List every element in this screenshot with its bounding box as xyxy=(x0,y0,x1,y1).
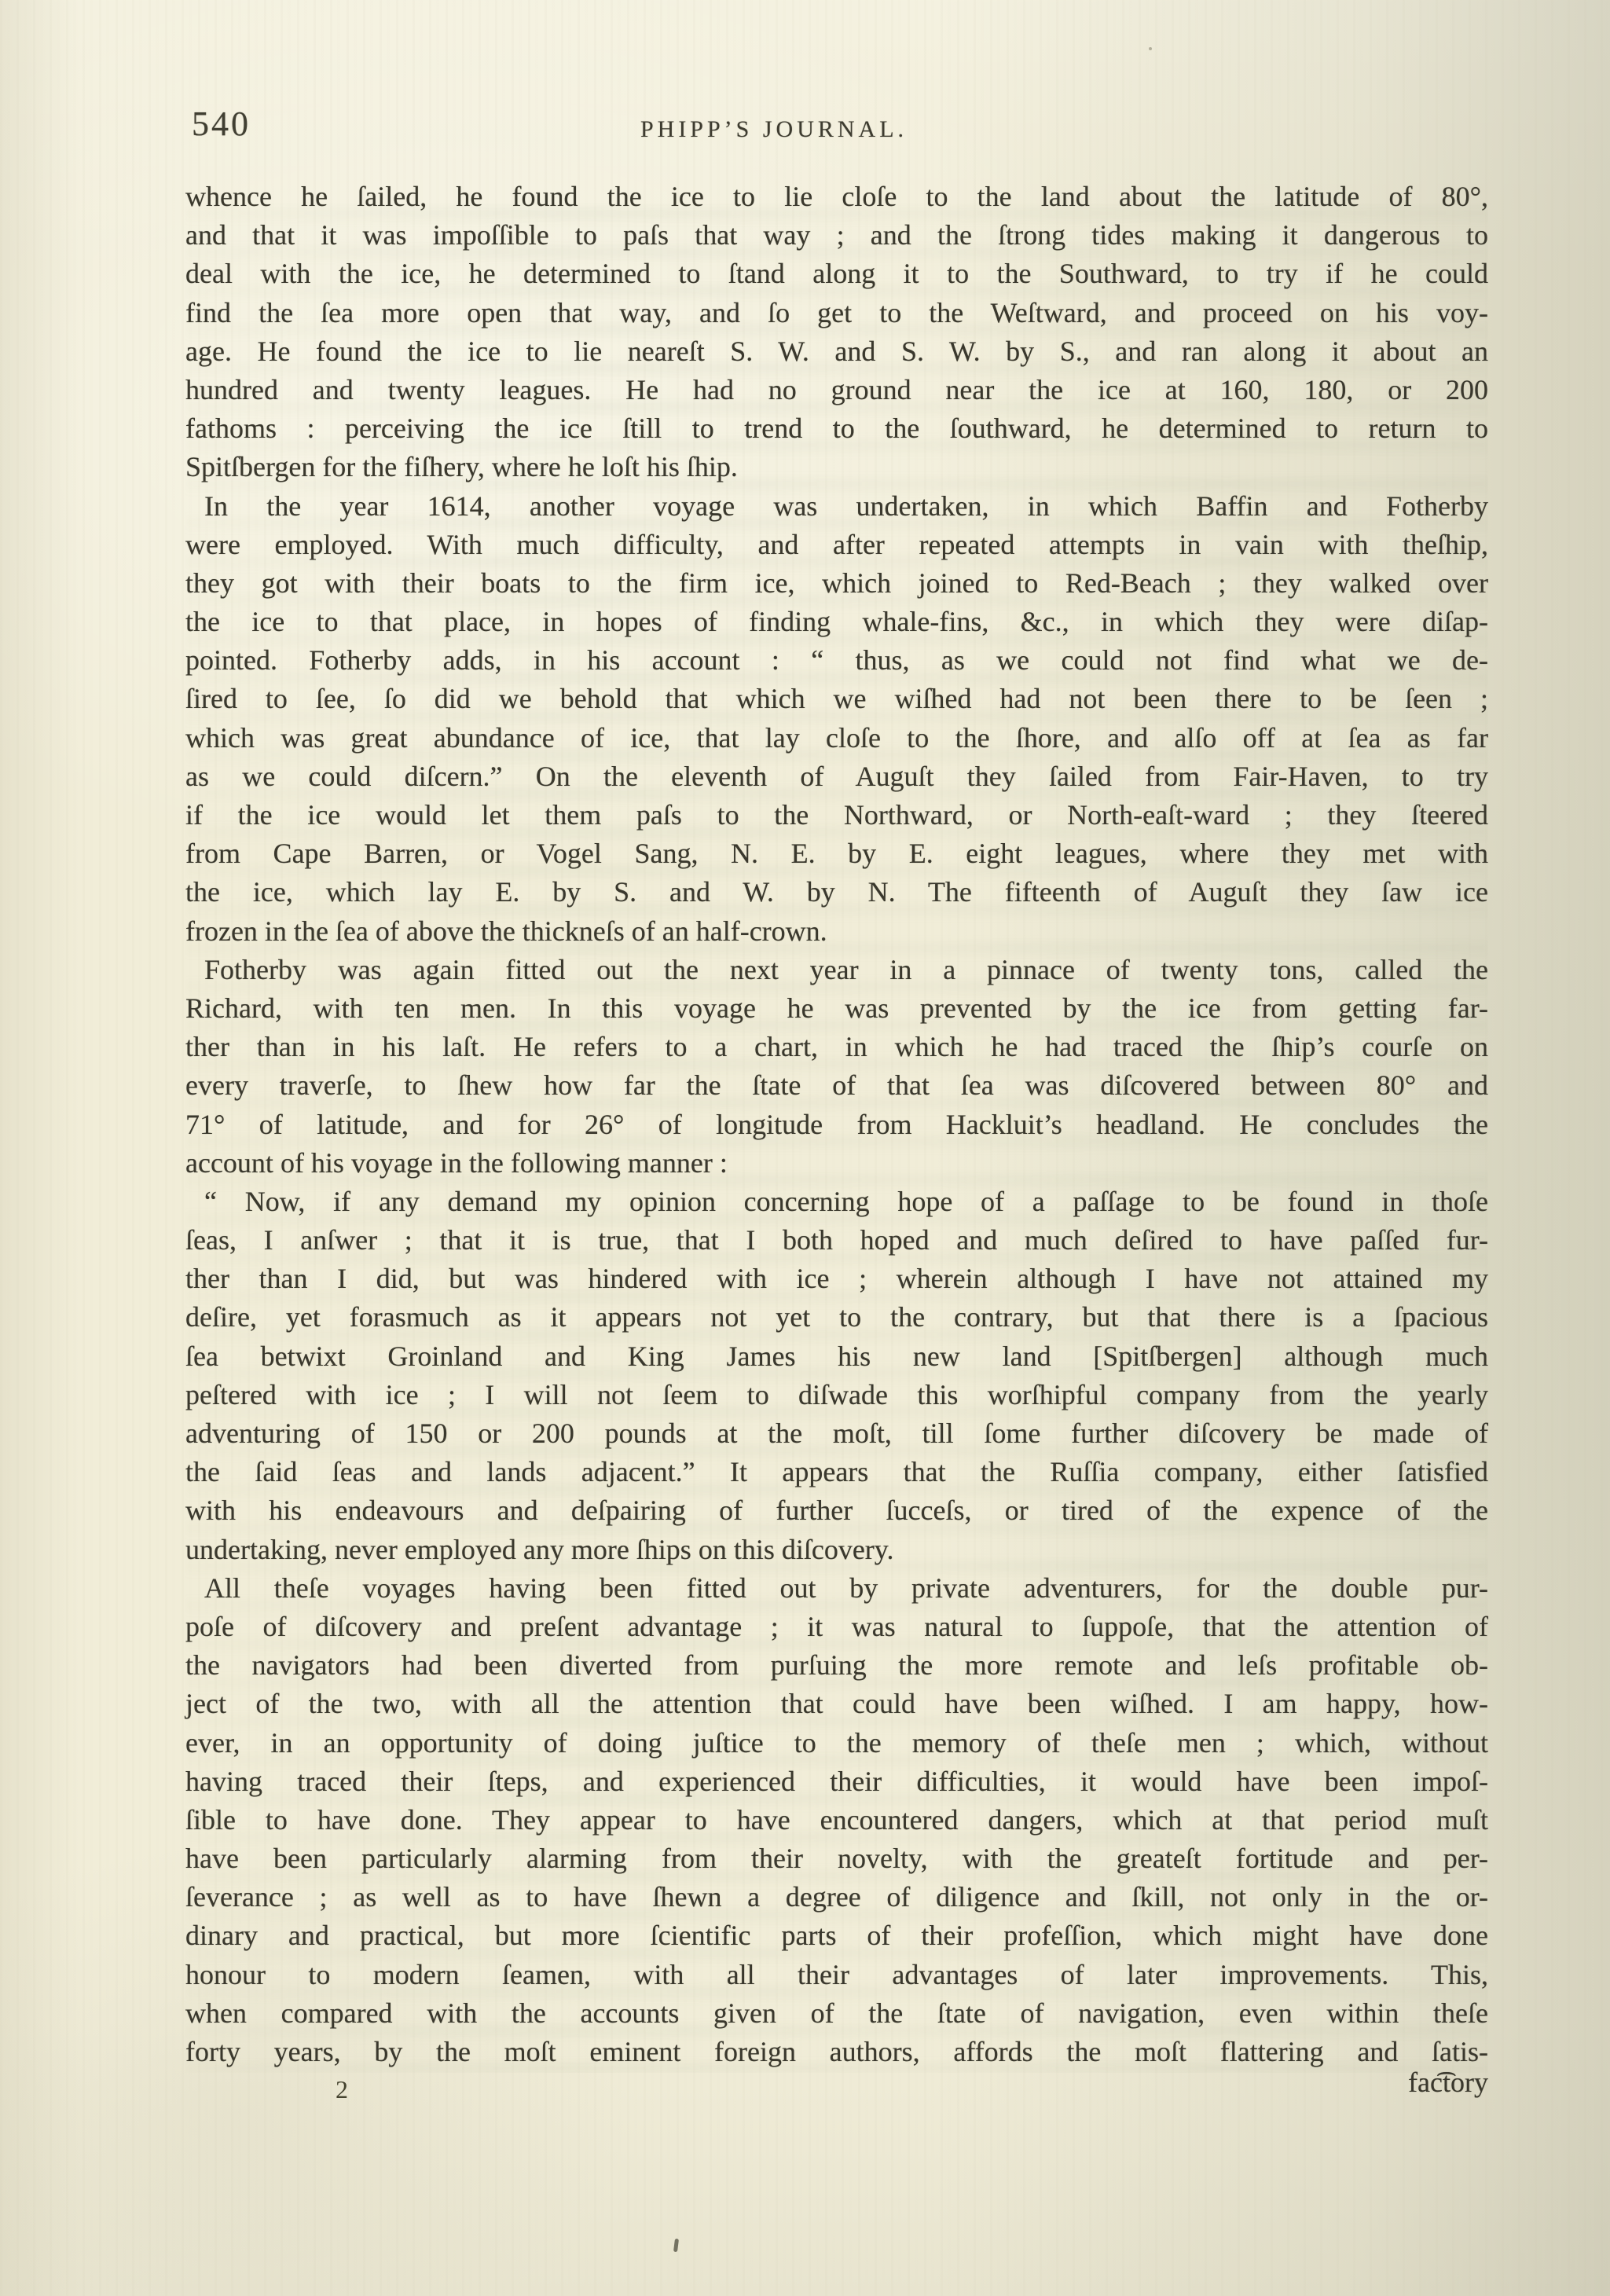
text-line: “ Now, if any demand my opinion concerni… xyxy=(185,1183,1488,1221)
text-block: whence he ſailed, he found the ice to li… xyxy=(185,178,1488,2071)
text-line: the ice to that place, in hopes of findi… xyxy=(185,603,1488,641)
text-line: adventuring of 150 or 200 pounds at the … xyxy=(185,1414,1488,1453)
text-line: and that it was impoſſible to paſs that … xyxy=(185,216,1488,255)
catchword: fac͡tory xyxy=(185,2066,1488,2099)
text-line: age. He found the ice to lie neareſt S. … xyxy=(185,332,1488,371)
text-line: ſired to ſee, ſo did we behold that whic… xyxy=(185,680,1488,718)
text-line: pointed. Fotherby adds, in his account :… xyxy=(185,641,1488,680)
text-line: as we could diſcern.” On the eleventh of… xyxy=(185,757,1488,796)
text-line: which was great abundance of ice, that l… xyxy=(185,719,1488,757)
text-line: if the ice would let them paſs to the No… xyxy=(185,796,1488,834)
text-line: ſeverance ; as well as to have ſhewn a d… xyxy=(185,1878,1488,1916)
page-number: 540 xyxy=(192,104,251,144)
text-line: whence he ſailed, he found the ice to li… xyxy=(185,178,1488,216)
text-line: have been particularly alarming from the… xyxy=(185,1839,1488,1878)
text-line: find the ſea more open that way, and ſo … xyxy=(185,294,1488,332)
text-line: frozen in the ſea of above the thickneſs… xyxy=(185,912,1488,951)
text-line: Spitſbergen for the fiſhery, where he lo… xyxy=(185,448,1488,486)
text-line: deal with the ice, he determined to ſtan… xyxy=(185,255,1488,293)
text-line: undertaking, never employed any more ſhi… xyxy=(185,1531,1488,1569)
running-title: PHIPP’S JOURNAL. xyxy=(640,116,908,143)
text-line: ther than in his laſt. He refers to a ch… xyxy=(185,1028,1488,1066)
text-line: ſible to have done. They appear to have … xyxy=(185,1801,1488,1839)
book-page: { "header": { "page_number": "540", "run… xyxy=(0,0,1610,2296)
text-line: peſtered with ice ; I will not ſeem to d… xyxy=(185,1376,1488,1414)
text-line: were employed. With much difficulty, and… xyxy=(185,526,1488,564)
text-line: ſea betwixt Groinland and King James his… xyxy=(185,1337,1488,1376)
ink-speck xyxy=(1149,47,1152,50)
text-line: ever, in an opportunity of doing juſtice… xyxy=(185,1724,1488,1762)
text-line: hundred and twenty leagues. He had no gr… xyxy=(185,371,1488,409)
text-line: ject of the two, with all the attention … xyxy=(185,1685,1488,1723)
text-line: they got with their boats to the firm ic… xyxy=(185,564,1488,603)
text-line: when compared with the accounts given of… xyxy=(185,1994,1488,2033)
text-line: dinary and practical, but more ſcientifi… xyxy=(185,1916,1488,1955)
text-line: having traced their ſteps, and experienc… xyxy=(185,1762,1488,1801)
text-line: account of his voyage in the following m… xyxy=(185,1144,1488,1183)
text-line: deſire, yet forasmuch as it appears not … xyxy=(185,1298,1488,1337)
text-line: Richard, with ten men. In this voyage he… xyxy=(185,989,1488,1028)
text-line: 71° of latitude, and for 26° of longitud… xyxy=(185,1106,1488,1144)
text-line: Fotherby was again fitted out the next y… xyxy=(185,951,1488,989)
text-line: the navigators had been diverted from pu… xyxy=(185,1646,1488,1685)
ink-speck xyxy=(673,2239,679,2252)
text-line: from Cape Barren, or Vogel Sang, N. E. b… xyxy=(185,834,1488,873)
text-line: every traverſe, to ſhew how far the ſtat… xyxy=(185,1066,1488,1105)
text-line: the ſaid ſeas and lands adjacent.” It ap… xyxy=(185,1453,1488,1491)
text-line: honour to modern ſeamen, with all their … xyxy=(185,1956,1488,1994)
text-line: with his endeavours and deſpairing of fu… xyxy=(185,1491,1488,1530)
text-line: ſeas, I anſwer ; that it is true, that I… xyxy=(185,1221,1488,1260)
text-line: In the year 1614, another voyage was und… xyxy=(185,487,1488,526)
text-line: the ice, which lay E. by S. and W. by N.… xyxy=(185,873,1488,911)
text-line: poſe of diſcovery and preſent advantage … xyxy=(185,1608,1488,1646)
text-line: fathoms : perceiving the ice ſtill to tr… xyxy=(185,409,1488,448)
text-line: ther than I did, but was hindered with i… xyxy=(185,1260,1488,1298)
text-line: All theſe voyages having been fitted out… xyxy=(185,1569,1488,1608)
